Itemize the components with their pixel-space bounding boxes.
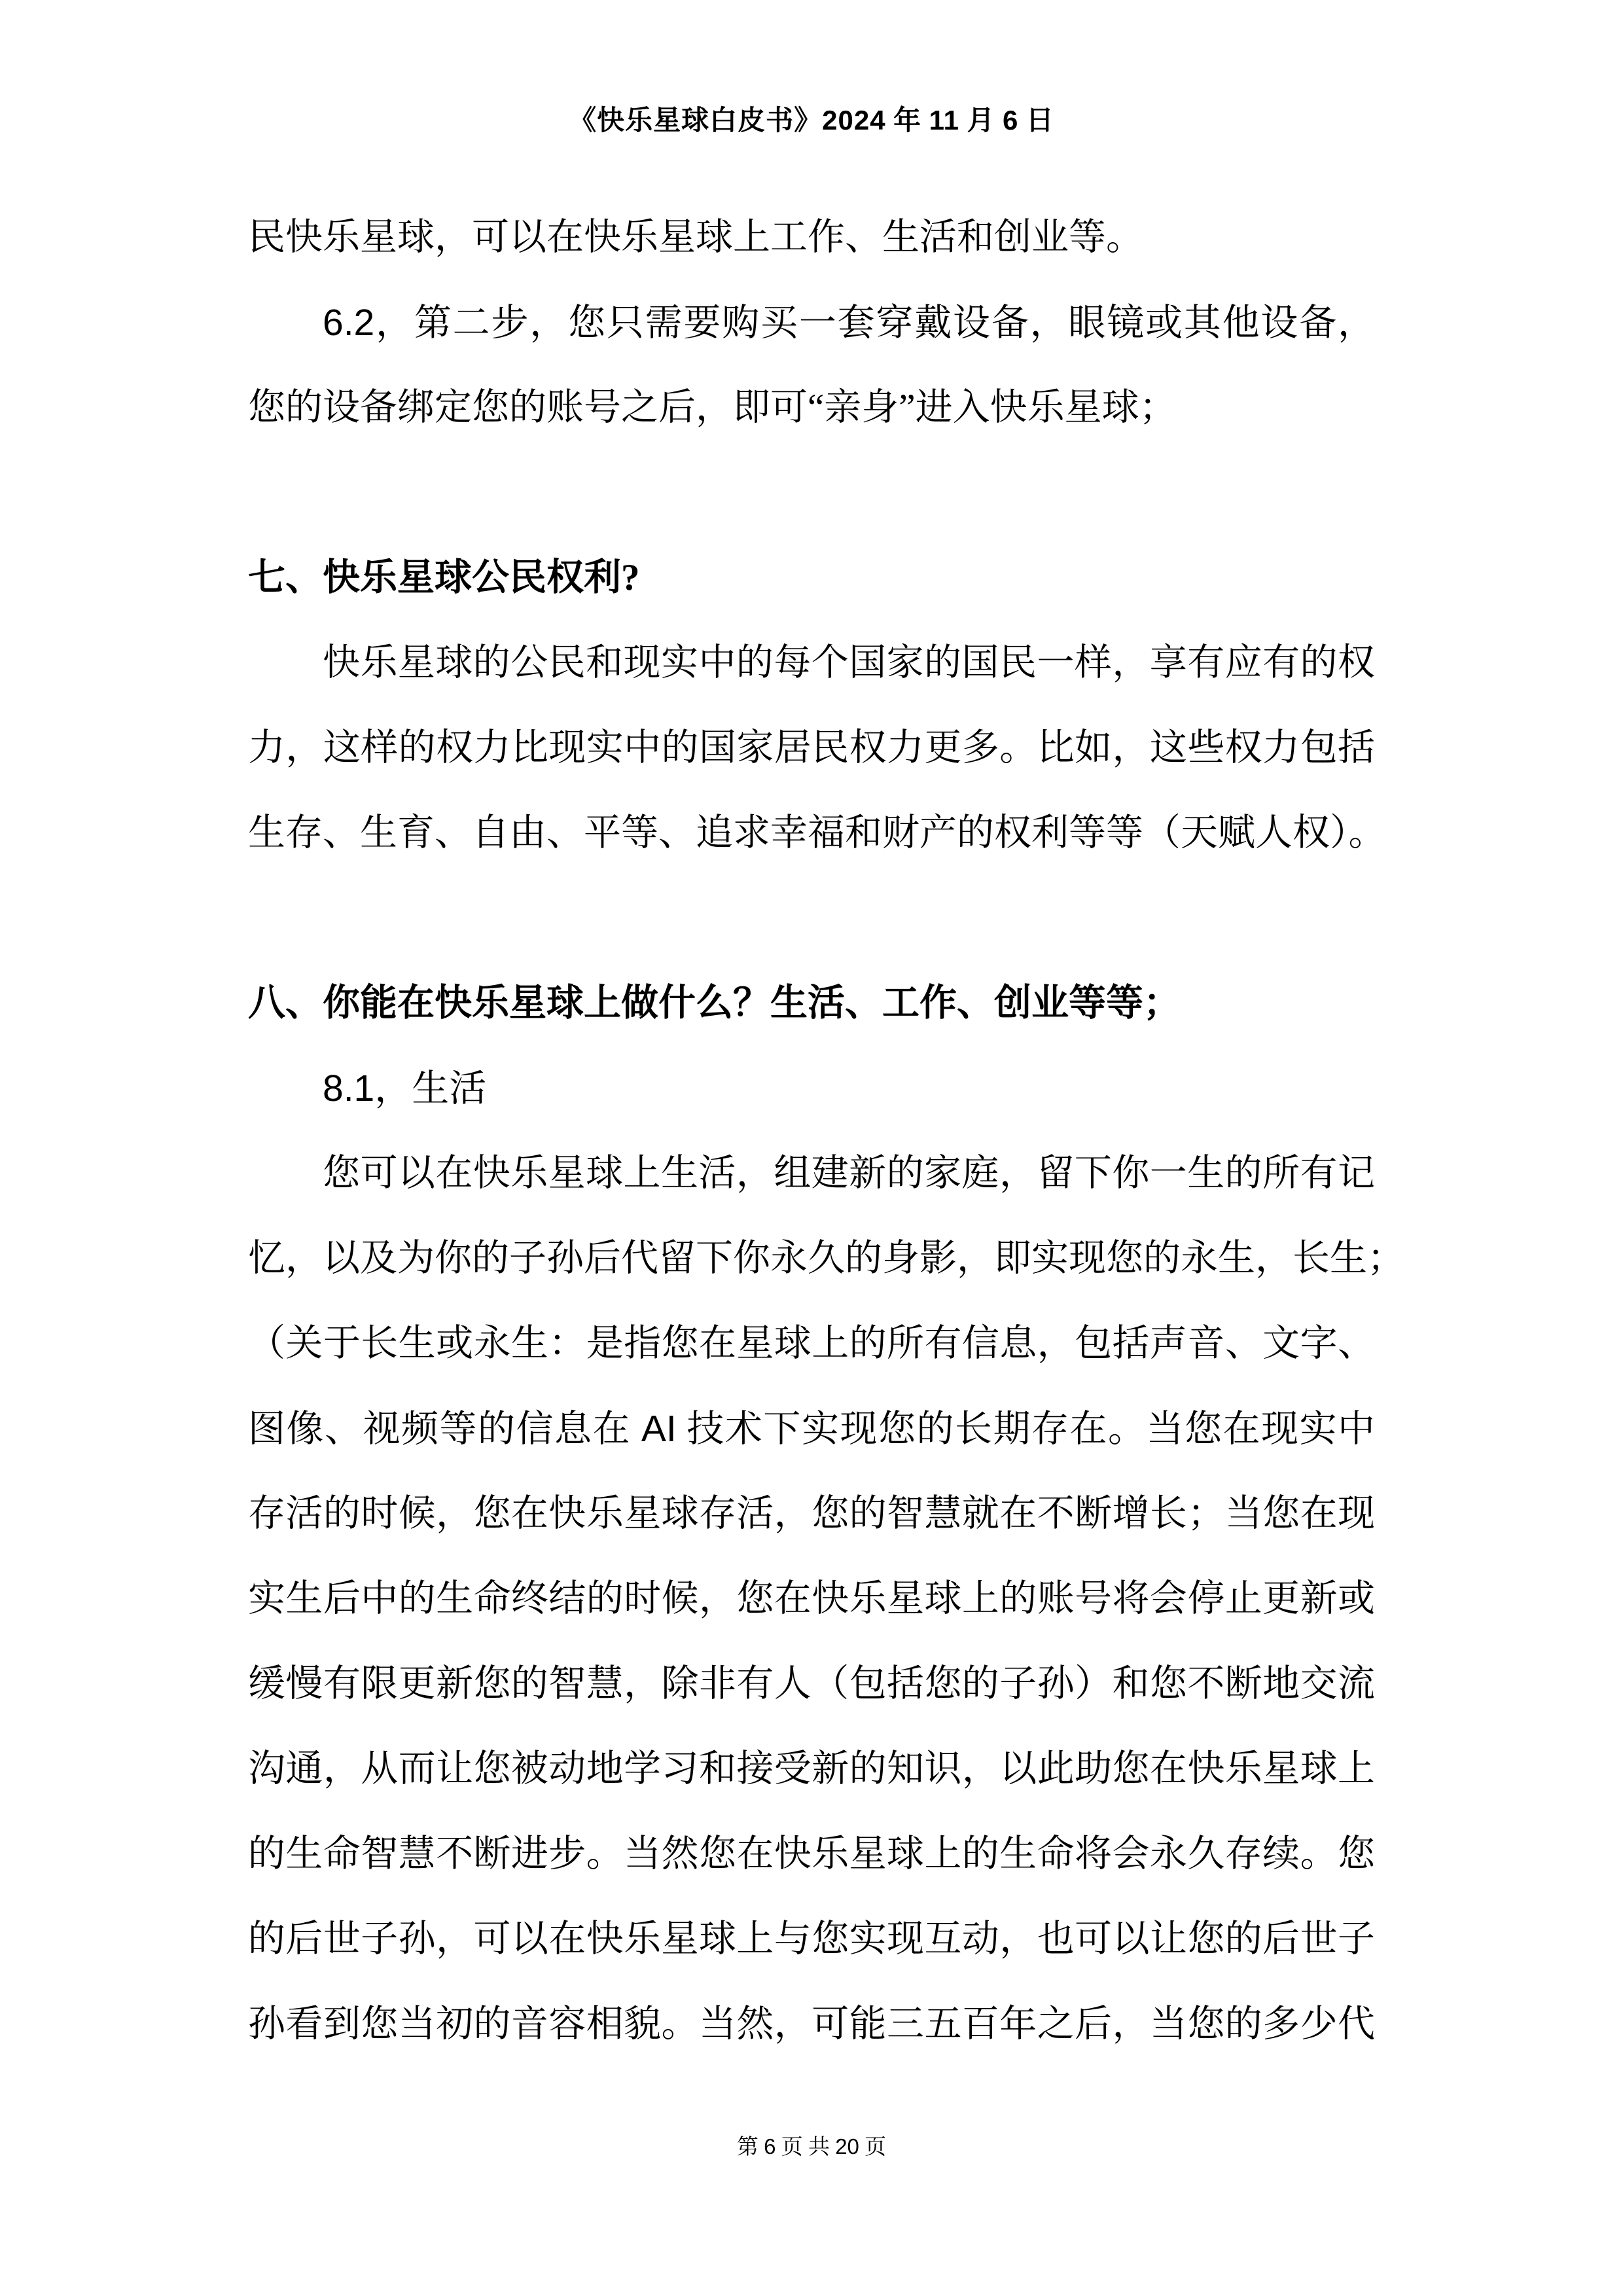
text-line: 忆，以及为你的子孙后代留下你永久的身影，即实现您的永生，长生； xyxy=(248,1216,1375,1301)
text-line: 沟通，从而让您被动地学习和接受新的知识，以此助您在快乐星球上 xyxy=(248,1727,1375,1812)
text-line: 民快乐星球，可以在快乐星球上工作、生活和创业等。 xyxy=(248,195,1375,280)
text-line: 您可以在快乐星球上生活，组建新的家庭，留下你一生的所有记 xyxy=(248,1131,1375,1216)
latin-text: 2024 xyxy=(822,105,885,135)
text-line: 孙看到您当初的音容相貌。当然，可能三五百年之后，当您的多少代 xyxy=(248,1982,1375,2067)
document-page: 《快乐星球白皮书》2024 年 11 月 6 日 民快乐星球，可以在快乐星球上工… xyxy=(0,0,1623,2296)
text-line: 快乐星球的公民和现实中的每个国家的国民一样，享有应有的权 xyxy=(248,620,1375,706)
text-line: 生存、生育、自由、平等、追求幸福和财产的权利等等（天赋人权）。 xyxy=(248,791,1375,876)
text-line: 您的设备绑定您的账号之后，即可“亲身”进入快乐星球； xyxy=(248,365,1375,450)
latin-text: 8.1 xyxy=(323,1067,374,1109)
section-heading: 七、快乐星球公民权利? xyxy=(248,535,1375,620)
text-line: 力，这样的权力比现实中的国家居民权力更多。比如，这些权力包括 xyxy=(248,706,1375,791)
text-line: 8.1，生活 xyxy=(248,1046,1375,1131)
header-title: 《快乐星球白皮书》2024 年 11 月 6 日 xyxy=(569,106,1054,136)
document-body: 民快乐星球，可以在快乐星球上工作、生活和创业等。6.2，第二步，您只需要购买一套… xyxy=(248,195,1375,2067)
latin-text: 20 xyxy=(835,2134,859,2159)
page-footer: 第 6 页 共 20 页 xyxy=(0,2126,1623,2168)
page-header: 《快乐星球白皮书》2024 年 11 月 6 日 xyxy=(0,97,1623,145)
text-line: （关于长生或永生：是指您在星球上的所有信息，包括声音、文字、 xyxy=(248,1301,1375,1386)
page-number: 第 6 页 共 20 页 xyxy=(737,2136,886,2159)
text-line: 的后世子孙，可以在快乐星球上与您实现互动，也可以让您的后世子 xyxy=(248,1897,1375,1982)
text-line: 存活的时候，您在快乐星球存活，您的智慧就在不断增长；当您在现 xyxy=(248,1471,1375,1556)
text-line: 缓慢有限更新您的智慧，除非有人（包括您的子孙）和您不断地交流 xyxy=(248,1641,1375,1727)
text-line: 的生命智慧不断进步。当然您在快乐星球上的生命将会永久存续。您 xyxy=(248,1812,1375,1897)
blank-line xyxy=(248,450,1375,535)
latin-text: 6.2 xyxy=(323,302,374,344)
latin-text: AI xyxy=(641,1408,677,1450)
text-line: 实生后中的生命终结的时候，您在快乐星球上的账号将会停止更新或 xyxy=(248,1556,1375,1641)
blank-line xyxy=(248,876,1375,961)
text-line: 图像、视频等的信息在 AI 技术下实现您的长期存在。当您在现实中 xyxy=(248,1386,1375,1471)
latin-text: 6 xyxy=(1003,105,1018,135)
text-line: 6.2，第二步，您只需要购买一套穿戴设备，眼镜或其他设备， xyxy=(248,280,1375,365)
section-heading: 八、你能在快乐星球上做什么？生活、工作、创业等等； xyxy=(248,961,1375,1046)
latin-text: 11 xyxy=(929,105,959,135)
latin-text: 6 xyxy=(764,2134,776,2159)
